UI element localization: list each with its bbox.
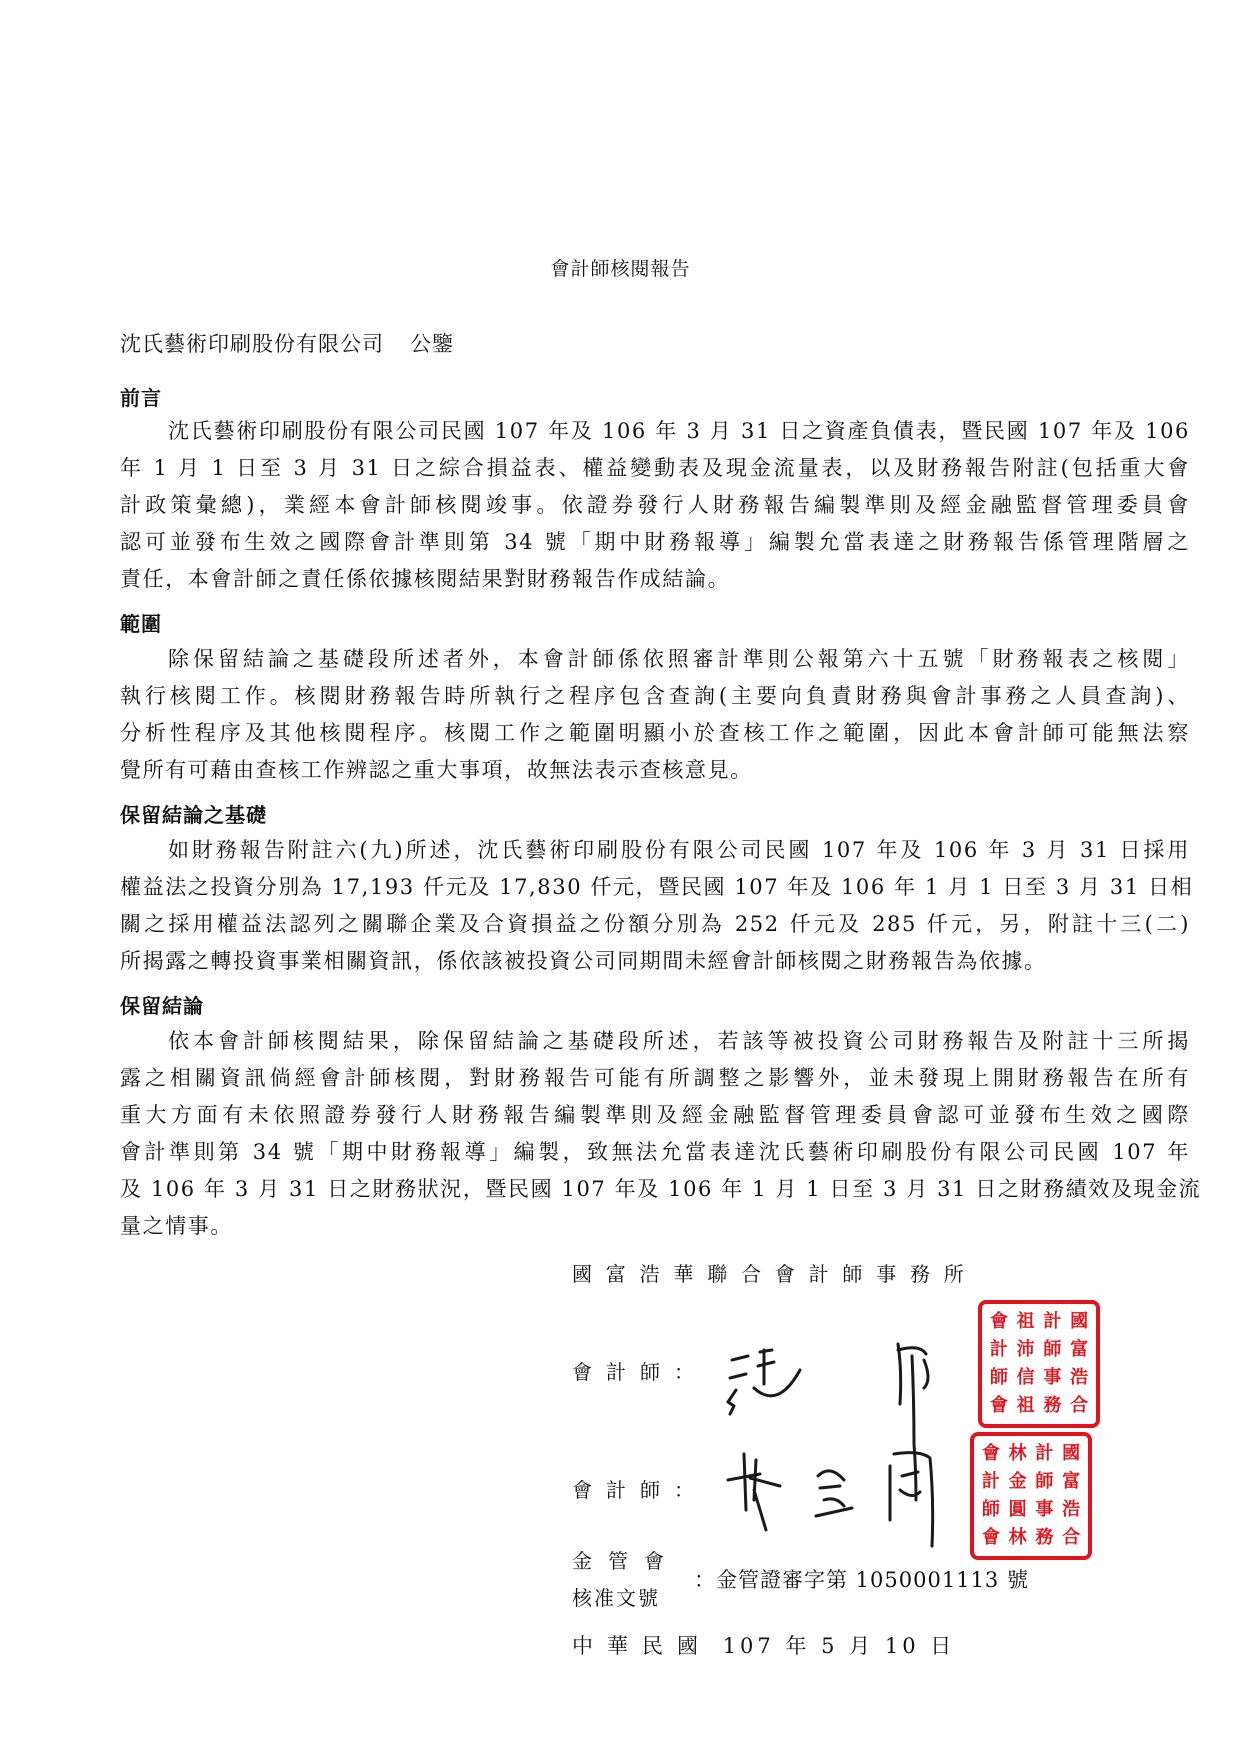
section-heading-basis-qualified: 保留結論之基礎: [120, 799, 267, 828]
seal-char: 富: [1058, 1468, 1084, 1495]
paragraph-line: 除保留結論之基礎段所述者外，本會計師係依照審計準則公報第六十五號「財務報表之核閱…: [168, 646, 1190, 672]
paragraph-line: 年 1 月 1 日至 3 月 31 日之綜合損益表、權益變動表及現金流量表，以及…: [120, 455, 1190, 481]
seal-char: 祖: [1013, 1308, 1039, 1335]
paragraph-line: 依本會計師核閱結果，除保留結論之基礎段所述，若該等被投資公司財務報告及附註十三所…: [168, 1028, 1190, 1054]
seal-char: 浩: [1066, 1365, 1092, 1392]
seal-char: 計: [978, 1468, 1004, 1495]
seal-char: 會: [986, 1308, 1012, 1335]
date-value: 107 年 5 月 10 日: [723, 1634, 956, 1658]
paragraph-line: 如財務報告附註六(九)所述，沈氏藝術印刷股份有限公司民國 107 年及 106 …: [168, 837, 1190, 863]
seal-char: 務: [1040, 1393, 1066, 1420]
seal-char: 合: [1058, 1525, 1084, 1552]
seal-char: 金: [1005, 1468, 1031, 1495]
addressee-greeting: 公鑒: [410, 332, 454, 356]
seal-char: 林: [1005, 1525, 1031, 1552]
seal-char: 計: [1032, 1440, 1058, 1467]
paragraph-line: 執行核閱工作。核閱財務報告時所執行之程序包含查詢(主要向負責財務與會計事務之人員…: [120, 683, 1190, 709]
seal-char: 師: [1040, 1336, 1066, 1363]
cpa-2-seal: 會 林 計 國 計 金 師 富 師 圓 事 浩 會 林 務 合: [970, 1432, 1092, 1560]
cpa-label-1: 會計師：: [572, 1356, 708, 1385]
seal-char: 計: [986, 1336, 1012, 1363]
paragraph-line: 重大方面有未依照證券發行人財務報告編製準則及經金融監督管理委員會認可並發布生效之…: [120, 1102, 1190, 1128]
fsc-label-line-1: 金管會: [572, 1545, 680, 1574]
seal-char: 會: [978, 1440, 1004, 1467]
seal-char: 事: [1040, 1365, 1066, 1392]
seal-char: 林: [1005, 1440, 1031, 1467]
paragraph-line: 責任，本會計師之責任係依據核閱結果對財務報告作成結論。: [120, 566, 1190, 592]
seal-char: 富: [1066, 1336, 1092, 1363]
seal-char: 計: [1040, 1308, 1066, 1335]
date-prefix: 中華民國: [572, 1634, 712, 1658]
seal-char: 師: [986, 1365, 1012, 1392]
seal-char: 沛: [1013, 1336, 1039, 1363]
seal-char: 合: [1066, 1393, 1092, 1420]
section-heading-scope: 範圍: [120, 608, 162, 637]
fsc-label-line-2: 核准文號: [572, 1582, 660, 1611]
seal-char: 事: [1032, 1497, 1058, 1524]
paragraph-line: 所揭露之轉投資事業相關資訊，係依該被投資公司同期間未經會計師核閱之財務報告為依據…: [120, 948, 1190, 974]
section-heading-introduction: 前言: [120, 382, 162, 411]
cpa-1-seal: 會 祖 計 國 計 沛 師 富 師 信 事 浩 會 祖 務 合: [978, 1300, 1100, 1428]
firm-name: 國富浩華聯合會計師事務所: [572, 1258, 978, 1287]
seal-char: 圓: [1005, 1497, 1031, 1524]
addressee-company: 沈氏藝術印刷股份有限公司: [120, 332, 384, 356]
addressee: 沈氏藝術印刷股份有限公司公鑒: [120, 328, 454, 358]
paragraph-line: 量之情事。: [120, 1213, 1190, 1239]
seal-char: 信: [1013, 1365, 1039, 1392]
seal-char: 國: [1058, 1440, 1084, 1467]
report-title: 會計師核閱報告: [0, 254, 1241, 281]
paragraph-line: 及 106 年 3 月 31 日之財務狀況，暨民國 107 年及 106 年 1…: [120, 1176, 1190, 1202]
paragraph-line: 沈氏藝術印刷股份有限公司民國 107 年及 106 年 3 月 31 日之資產負…: [168, 418, 1190, 444]
paragraph-line: 認可並發布生效之國際會計準則第 34 號「期中財務報導」編製允當表達之財務報告係…: [120, 529, 1190, 555]
cpa-2-signature: [720, 1440, 970, 1550]
paragraph-line: 計政策彙總)，業經本會計師核閱竣事。依證券發行人財務報告編製準則及經金融監督管理…: [120, 492, 1190, 518]
paragraph-line: 覺所有可藉由查核工作辨認之重大事項，故無法表示查核意見。: [120, 757, 1190, 783]
paragraph-line: 權益法之投資分別為 17,193 仟元及 17,830 仟元，暨民國 107 年…: [120, 874, 1190, 900]
seal-char: 國: [1066, 1308, 1092, 1335]
seal-char: 會: [986, 1393, 1012, 1420]
seal-char: 浩: [1058, 1497, 1084, 1524]
fsc-approval-number: ：金管證審字第 1050001113 號: [694, 1564, 1029, 1594]
paragraph-line: 分析性程序及其他核閱程序。核閱工作之範圍明顯小於查核工作之範圍，因此本會計師可能…: [120, 720, 1190, 746]
paragraph-line: 關之採用權益法認列之關聯企業及合資損益之份額分別為 252 仟元及 285 仟元…: [120, 911, 1190, 937]
paragraph-line: 露之相關資訊倘經會計師核閱，對財務報告可能有所調整之影響外，並未發現上開財務報告…: [120, 1065, 1190, 1091]
seal-char: 師: [1032, 1468, 1058, 1495]
report-date: 中華民國 107 年 5 月 10 日: [572, 1630, 955, 1660]
seal-char: 務: [1032, 1525, 1058, 1552]
seal-char: 會: [978, 1525, 1004, 1552]
section-heading-qualified-conclusion: 保留結論: [120, 990, 204, 1019]
seal-char: 祖: [1013, 1393, 1039, 1420]
seal-char: 師: [978, 1497, 1004, 1524]
cpa-label-2: 會計師：: [572, 1474, 708, 1503]
paragraph-line: 會計準則第 34 號「期中財務報導」編製，致無法允當表達沈氏藝術印刷股份有限公司…: [120, 1139, 1190, 1165]
